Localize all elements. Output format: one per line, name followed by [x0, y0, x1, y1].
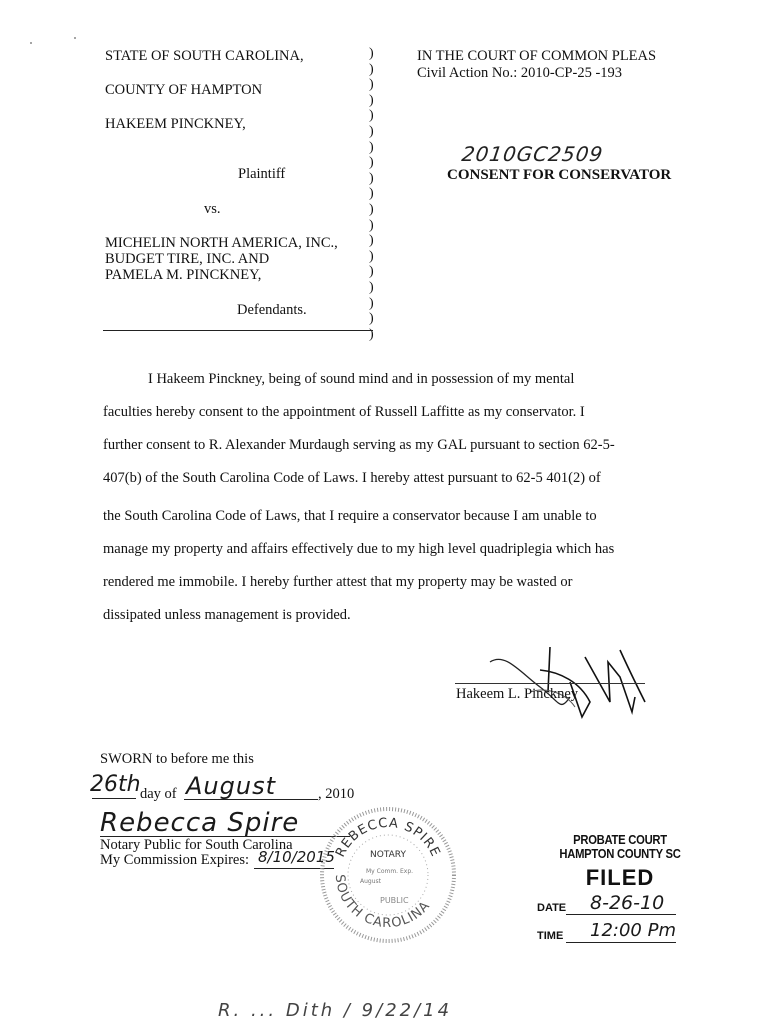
caption-paren: ) — [369, 62, 381, 78]
court-name: IN THE COURT OF COMMON PLEAS — [417, 48, 656, 65]
caption-county: COUNTY OF HAMPTON — [105, 82, 262, 99]
document-title: CONSENT FOR CONSERVATOR — [447, 167, 671, 184]
court-header: IN THE COURT OF COMMON PLEAS Civil Actio… — [417, 48, 656, 82]
caption-state: STATE OF SOUTH CAROLINA, — [105, 48, 304, 65]
body-line: rendered me immobile. I hereby further a… — [103, 574, 572, 591]
caption-paren: ) — [369, 155, 381, 171]
caption-paren: ) — [369, 77, 381, 93]
caption-paren: ) — [369, 311, 381, 327]
caption-paren: ) — [369, 93, 381, 109]
notary-seal-icon: REBECCA SPIRE SOUTH CAROLINA NOTARY My C… — [318, 805, 458, 945]
caption-plaintiff-label: Plaintiff — [238, 166, 285, 183]
svg-text:NOTARY: NOTARY — [370, 850, 406, 860]
notary-year: , 2010 — [318, 786, 354, 803]
handwritten-day: 26th — [90, 772, 141, 797]
svg-text:My Comm. Exp.: My Comm. Exp. — [366, 868, 413, 875]
caption-defendant-1: MICHELIN NORTH AMERICA, INC., — [105, 235, 338, 252]
filed-stamp-court: PROBATE COURT — [548, 833, 692, 847]
day-blank-line — [92, 798, 136, 799]
commission-label: My Commission Expires: — [100, 853, 249, 868]
footer-handwriting: R. ... Dith / 9/22/14 — [218, 1000, 452, 1021]
caption-underline — [103, 330, 373, 331]
caption-paren: ) — [369, 233, 381, 249]
filed-stamp-county: HAMPTON COUNTY SC — [548, 847, 692, 861]
caption-paren: ) — [369, 280, 381, 296]
body-line: further consent to R. Alexander Murdaugh… — [103, 437, 615, 454]
svg-text:PUBLIC: PUBLIC — [380, 896, 409, 905]
body-line: dissipated unless management is provided… — [103, 607, 351, 624]
caption-paren: ) — [369, 140, 381, 156]
caption-paren: ) — [369, 218, 381, 234]
body-line: faculties hereby consent to the appointm… — [103, 404, 585, 421]
caption-paren: ) — [369, 108, 381, 124]
caption-defendant-3: PAMELA M. PINCKNEY, — [105, 267, 261, 284]
handwritten-month: August — [186, 772, 276, 800]
caption-parentheses: ))))))))))))))))))) — [369, 46, 381, 342]
body-line: manage my property and affairs effective… — [103, 541, 614, 558]
civil-action-number: Civil Action No.: 2010-CP-25 -193 — [417, 65, 656, 82]
filed-date-label: DATE — [537, 902, 566, 914]
body-line: the South Carolina Code of Laws, that I … — [103, 508, 597, 525]
caption-paren: ) — [369, 296, 381, 312]
filed-stamp: PROBATE COURT HAMPTON COUNTY SC FILED — [540, 833, 700, 891]
caption-paren: ) — [369, 46, 381, 62]
filed-time-line — [566, 942, 676, 943]
body-line: 407(b) of the South Carolina Code of Law… — [103, 470, 601, 487]
caption-defendant-2: BUDGET TIRE, INC. AND — [105, 251, 269, 268]
filed-date-value: 8-26-10 — [590, 892, 664, 914]
signature-line — [455, 683, 645, 684]
caption-paren: ) — [369, 249, 381, 265]
scan-speck — [30, 42, 32, 44]
signature-scrawl-icon — [470, 642, 650, 727]
caption-paren: ) — [369, 264, 381, 280]
filed-time-label: TIME — [537, 930, 563, 942]
caption-paren: ) — [369, 202, 381, 218]
handwritten-case-number: 2010GC2509 — [460, 142, 605, 166]
scan-speck — [74, 37, 76, 39]
sworn-statement: SWORN to before me this — [100, 751, 254, 768]
month-blank-line — [184, 799, 318, 800]
body-line: I Hakeem Pinckney, being of sound mind a… — [148, 371, 574, 388]
svg-text:August: August — [360, 878, 382, 885]
caption-paren: ) — [369, 124, 381, 140]
notary-signature: Rebecca Spire — [100, 808, 299, 838]
filed-date-line — [566, 914, 676, 915]
caption-defendants-label: Defendants. — [237, 302, 307, 319]
filed-stamp-status: FILED — [540, 865, 700, 891]
signatory-name: Hakeem L. Pinckney — [456, 686, 578, 703]
caption-paren: ) — [369, 171, 381, 187]
filed-time-value: 12:00 Pm — [590, 920, 676, 941]
caption-plaintiff-name: HAKEEM PINCKNEY, — [105, 116, 246, 133]
caption-versus: vs. — [204, 201, 221, 218]
caption-paren: ) — [369, 186, 381, 202]
day-of-label: day of — [140, 786, 177, 803]
